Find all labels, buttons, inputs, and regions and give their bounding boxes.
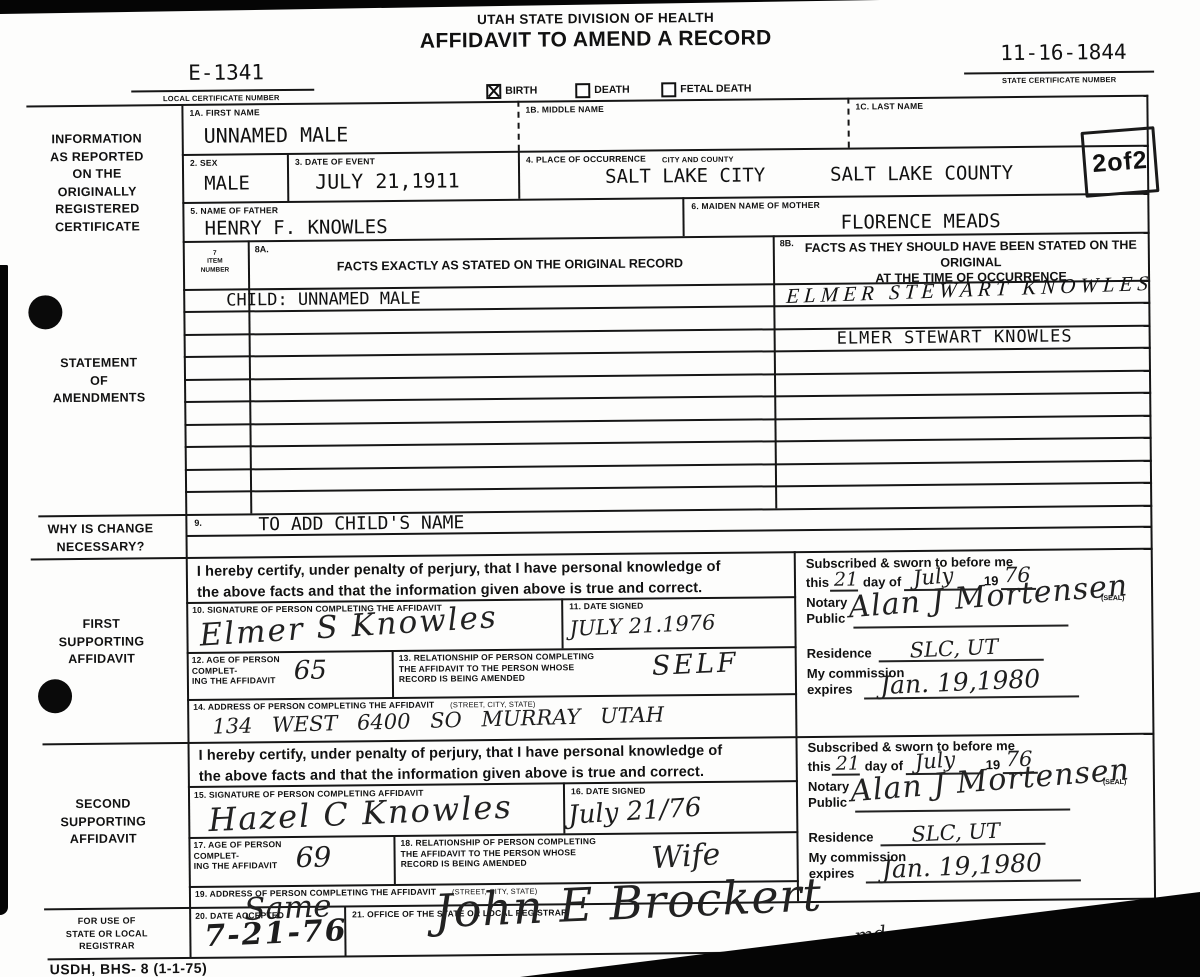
father-label: 5. NAME OF FATHER	[190, 205, 278, 216]
notary2-signature-underline	[855, 809, 1070, 813]
divider-17-18	[393, 835, 395, 884]
divider-1a-1b	[517, 101, 519, 151]
local-certificate-underline	[131, 89, 314, 93]
form-code-footer: USDH, BHS- 8 (1-1-75)	[50, 960, 208, 977]
affiant2-age: 69	[295, 841, 331, 874]
mother-value: FLORENCE MEADS	[840, 210, 1000, 234]
sex-label: 2. SEX	[190, 158, 218, 169]
place-county-value: SALT LAKE COUNTY	[830, 162, 1013, 186]
fetal-death-checkbox-label: FETAL DEATH	[680, 83, 751, 96]
divider-1b-1c	[847, 98, 849, 148]
date-of-event-label: 3. DATE OF EVENT	[295, 156, 375, 167]
certification-text-2: I hereby certify, under penalty of perju…	[199, 740, 799, 788]
local-certificate-number-label: LOCAL CERTIFICATE NUMBER	[126, 93, 316, 104]
item-number-column-label: 7 ITEM NUMBER	[185, 249, 245, 275]
notary2-expires: Jan. 19,1980	[881, 848, 1042, 884]
amendment-row-corrected-typed: ELMER STEWART KNOWLES	[837, 326, 1073, 348]
sidebar-first-affidavit: FIRST SUPPORTING AFFIDAVIT	[26, 615, 176, 669]
punch-hole-top	[28, 295, 62, 329]
sidebar-statement-of-amendments: STATEMENT OF AMENDMENTS	[24, 354, 174, 408]
col-8b-tag: 8B.	[780, 238, 794, 248]
row-line	[182, 193, 1149, 204]
certification-text-1: I hereby certify, under penalty of perju…	[197, 556, 797, 604]
form-content: UTAH STATE DIVISION OF HEALTH AFFIDAVIT …	[0, 0, 1200, 977]
affiant2-relationship: Wife	[651, 837, 722, 876]
item-9-tag: 9.	[194, 518, 202, 528]
affiant1-age: 65	[294, 656, 327, 686]
notary2-residence-label: Residence	[808, 829, 873, 846]
notary2-residence-underline	[881, 843, 1046, 846]
field16-label: 16. DATE SIGNED	[571, 786, 646, 797]
form-title: AFFIDAVIT TO AMEND A RECORD	[326, 25, 866, 54]
sidebar-second-affidavit: SECOND SUPPORTING AFFIDAVIT	[28, 795, 178, 849]
divider-15-16	[563, 782, 565, 833]
death-checkbox-label: DEATH	[594, 84, 630, 96]
row-line	[184, 392, 1151, 403]
sidebar-registrar-use: FOR USE OF STATE OR LOCAL REGISTRAR	[34, 914, 179, 953]
notary2-this-label: this	[808, 759, 831, 775]
notary1-day: 21	[834, 569, 858, 591]
state-certificate-number-label: STATE CERTIFICATE NUMBER	[959, 75, 1159, 86]
row-line	[185, 460, 1152, 471]
notary2-seal-label: (SEAL)	[1103, 779, 1126, 786]
notary1-signature-underline	[853, 625, 1068, 629]
field13-label: 13. RELATIONSHIP OF PERSON COMPLETING TH…	[399, 651, 614, 685]
row-line	[185, 437, 1152, 448]
divider-2-3	[287, 153, 289, 201]
notary1-residence-label: Residence	[807, 645, 872, 662]
affiant1-date-signed: JULY 21.1976	[569, 610, 716, 640]
amendment-row-original: CHILD: UNNAMED MALE	[226, 289, 421, 311]
date-accepted-value: 7-21-76	[204, 913, 349, 954]
scan-edge-left	[0, 265, 8, 915]
father-value: HENRY F. KNOWLES	[204, 216, 387, 240]
divider-8a-8b	[773, 235, 778, 508]
state-certificate-underline	[964, 71, 1154, 75]
fetal-death-checkbox	[661, 82, 676, 97]
field11-label: 11. DATE SIGNED	[569, 601, 643, 612]
local-certificate-number-value: E-1341	[136, 60, 316, 86]
affiant1-relationship: SELF	[651, 647, 739, 682]
birth-checkbox	[486, 84, 501, 99]
notary1-residence-underline	[879, 659, 1044, 662]
section-line	[38, 505, 1152, 518]
sex-value: MALE	[204, 172, 250, 194]
state-certificate-number-value: 11-16-1844	[971, 40, 1156, 66]
notary1-this-label: this	[806, 575, 829, 591]
row-line	[184, 347, 1151, 358]
affiant2-date-signed: July 21/76	[567, 793, 702, 831]
page-number-stamp: 2of2	[1080, 126, 1159, 198]
sidebar-original-info: INFORMATION AS REPORTED ON THE ORIGINALL…	[22, 130, 173, 236]
place-label: 4. PLACE OF OCCURRENCE	[526, 154, 646, 166]
place-sublabel: CITY AND COUNTY	[662, 155, 734, 165]
middle-name-label: 1B. MIDDLE NAME	[525, 104, 604, 115]
birth-checkbox-label: BIRTH	[505, 85, 537, 97]
first-name-label: 1A. FIRST NAME	[189, 107, 259, 118]
sidebar-border	[181, 104, 191, 957]
notary1-public-label: Notary Public	[806, 595, 847, 628]
notary1-expires: Jan. 19,1980	[879, 664, 1040, 700]
row-line	[184, 415, 1151, 426]
punch-hole-bottom	[38, 679, 72, 713]
scanned-affidavit-document: { "header": { "agency": "UTAH STATE DIVI…	[0, 0, 1200, 977]
notary2-day: 21	[836, 753, 860, 775]
notary1-seal-label: (SEAL)	[1101, 595, 1124, 602]
last-name-label: 1C. LAST NAME	[855, 101, 923, 112]
sidebar-why-change: WHY IS CHANGE NECESSARY?	[25, 520, 175, 556]
first-name-value: UNNAMED MALE	[204, 122, 349, 147]
registrar-signature: John E Brockert	[433, 867, 823, 938]
divider-5-6	[682, 197, 684, 236]
field18-label: 18. RELATIONSHIP OF PERSON COMPLETING TH…	[400, 836, 615, 870]
box-right-border	[1146, 95, 1156, 948]
col-8a-tag: 8A.	[255, 244, 269, 254]
col-8a-heading: FACTS EXACTLY AS STATED ON THE ORIGINAL …	[260, 255, 760, 274]
divider-10-11	[561, 598, 563, 648]
why-change-value: TO ADD CHILD'S NAME	[258, 512, 464, 535]
divider-3-4	[518, 151, 520, 199]
date-of-event-value: JULY 21,1911	[315, 168, 460, 193]
divider-12-13	[392, 650, 394, 697]
row-line	[184, 370, 1151, 381]
notary2-public-label: Notary Public	[808, 779, 849, 812]
death-checkbox	[575, 83, 590, 98]
mother-label: 6. MAIDEN NAME OF MOTHER	[691, 200, 820, 212]
place-city-value: SALT LAKE CITY	[605, 164, 765, 188]
divider-item-8a	[248, 240, 253, 513]
row-line	[185, 482, 1152, 493]
